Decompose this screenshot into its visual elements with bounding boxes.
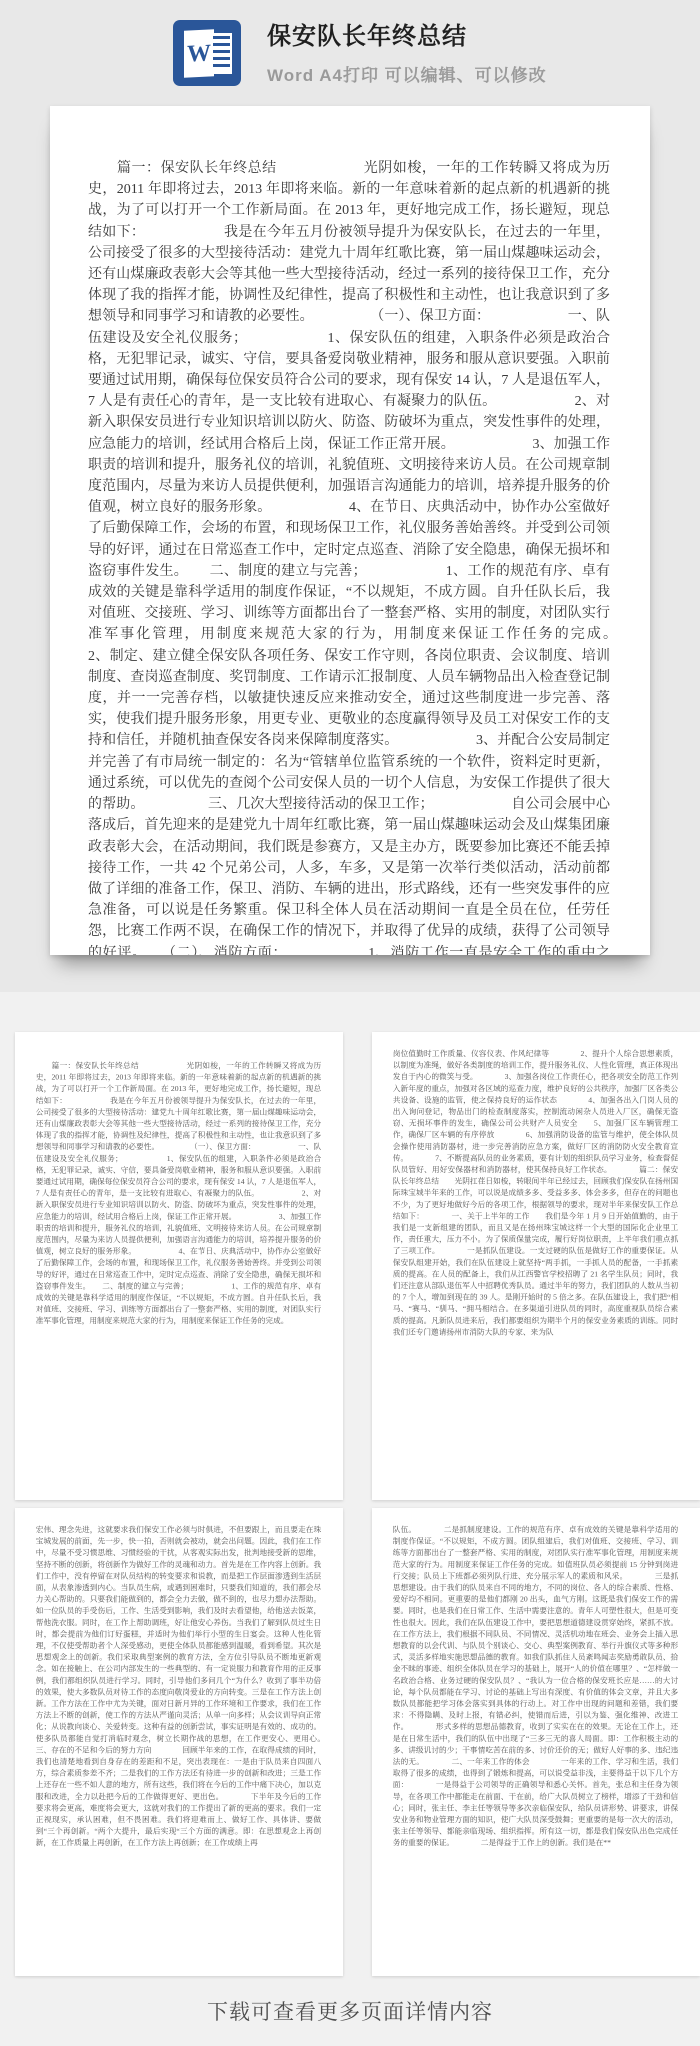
word-icon-textlines xyxy=(211,33,232,74)
thumbnail-page-3-inner: 宏伟、理念先进，这就要求我们保安工作必须与时俱进，不但要跟上，而且要走在珠宝城发… xyxy=(15,1508,343,1976)
page-subtitle: Word A4打印 可以编辑、可以修改 xyxy=(267,61,547,86)
thumbnail-page-3-text: 宏伟、理念先进，这就要求我们保安工作必须与时俱进，不但要跟上，而且要走在珠宝城发… xyxy=(36,1524,321,1849)
thumbnail-page-3[interactable]: 宏伟、理念先进，这就要求我们保安工作必须与时俱进，不但要跟上，而且要走在珠宝城发… xyxy=(15,1508,343,1976)
thumbnail-page-2-text: 岗位值勤时工作质量、仪容仪表、作风纪律等 2、提升个人综合思想素质，以制度为准绳… xyxy=(393,1048,678,1338)
word-file-icon: W xyxy=(173,20,241,86)
thumbnail-page-1[interactable]: 篇一：保安队长年终总结 光阴如梭，一年的工作转瞬又将成为历史，2011 年即将过… xyxy=(15,1032,343,1500)
thumbnail-page-2[interactable]: 岗位值勤时工作质量、仪容仪表、作风纪律等 2、提升个人综合思想素质，以制度为准绳… xyxy=(372,1032,700,1500)
download-hint-text: 下载可查看更多页面详情内容 xyxy=(0,1996,700,2026)
header: W 保安队长年终总结 Word A4打印 可以编辑、可以修改 xyxy=(0,0,700,100)
document-page-text: 篇一：保安队长年终总结 光阴如梭，一年的工作转瞬又将成为历史，2011 年即将过… xyxy=(88,158,610,955)
thumbnail-page-4[interactable]: 队伍。 二是抓制度建设。工作的规范有序、卓有成效的关键是靠科学适用的制度作保证。… xyxy=(372,1508,700,1976)
word-icon-sheet: W xyxy=(184,29,214,78)
title-block: 保安队长年终总结 Word A4打印 可以编辑、可以修改 xyxy=(267,22,547,86)
thumbnail-page-4-text: 队伍。 二是抓制度建设。工作的规范有序、卓有成效的关键是靠科学适用的制度作保证。… xyxy=(393,1524,678,1849)
word-icon-letter: W xyxy=(187,41,211,66)
thumbnail-page-1-inner: 篇一：保安队长年终总结 光阴如梭，一年的工作转瞬又将成为历史，2011 年即将过… xyxy=(15,1032,343,1500)
thumbnail-page-4-inner: 队伍。 二是抓制度建设。工作的规范有序、卓有成效的关键是靠科学适用的制度作保证。… xyxy=(372,1508,700,1976)
thumbnail-page-2-inner: 岗位值勤时工作质量、仪容仪表、作风纪律等 2、提升个人综合思想素质，以制度为准绳… xyxy=(372,1032,700,1500)
document-page-preview[interactable]: 篇一：保安队长年终总结 光阴如梭，一年的工作转瞬又将成为历史，2011 年即将过… xyxy=(50,106,650,955)
page-title: 保安队长年终总结 xyxy=(267,22,547,52)
thumbnail-page-1-text: 篇一：保安队长年终总结 光阴如梭，一年的工作转瞬又将成为历史，2011 年即将过… xyxy=(36,1060,321,1327)
